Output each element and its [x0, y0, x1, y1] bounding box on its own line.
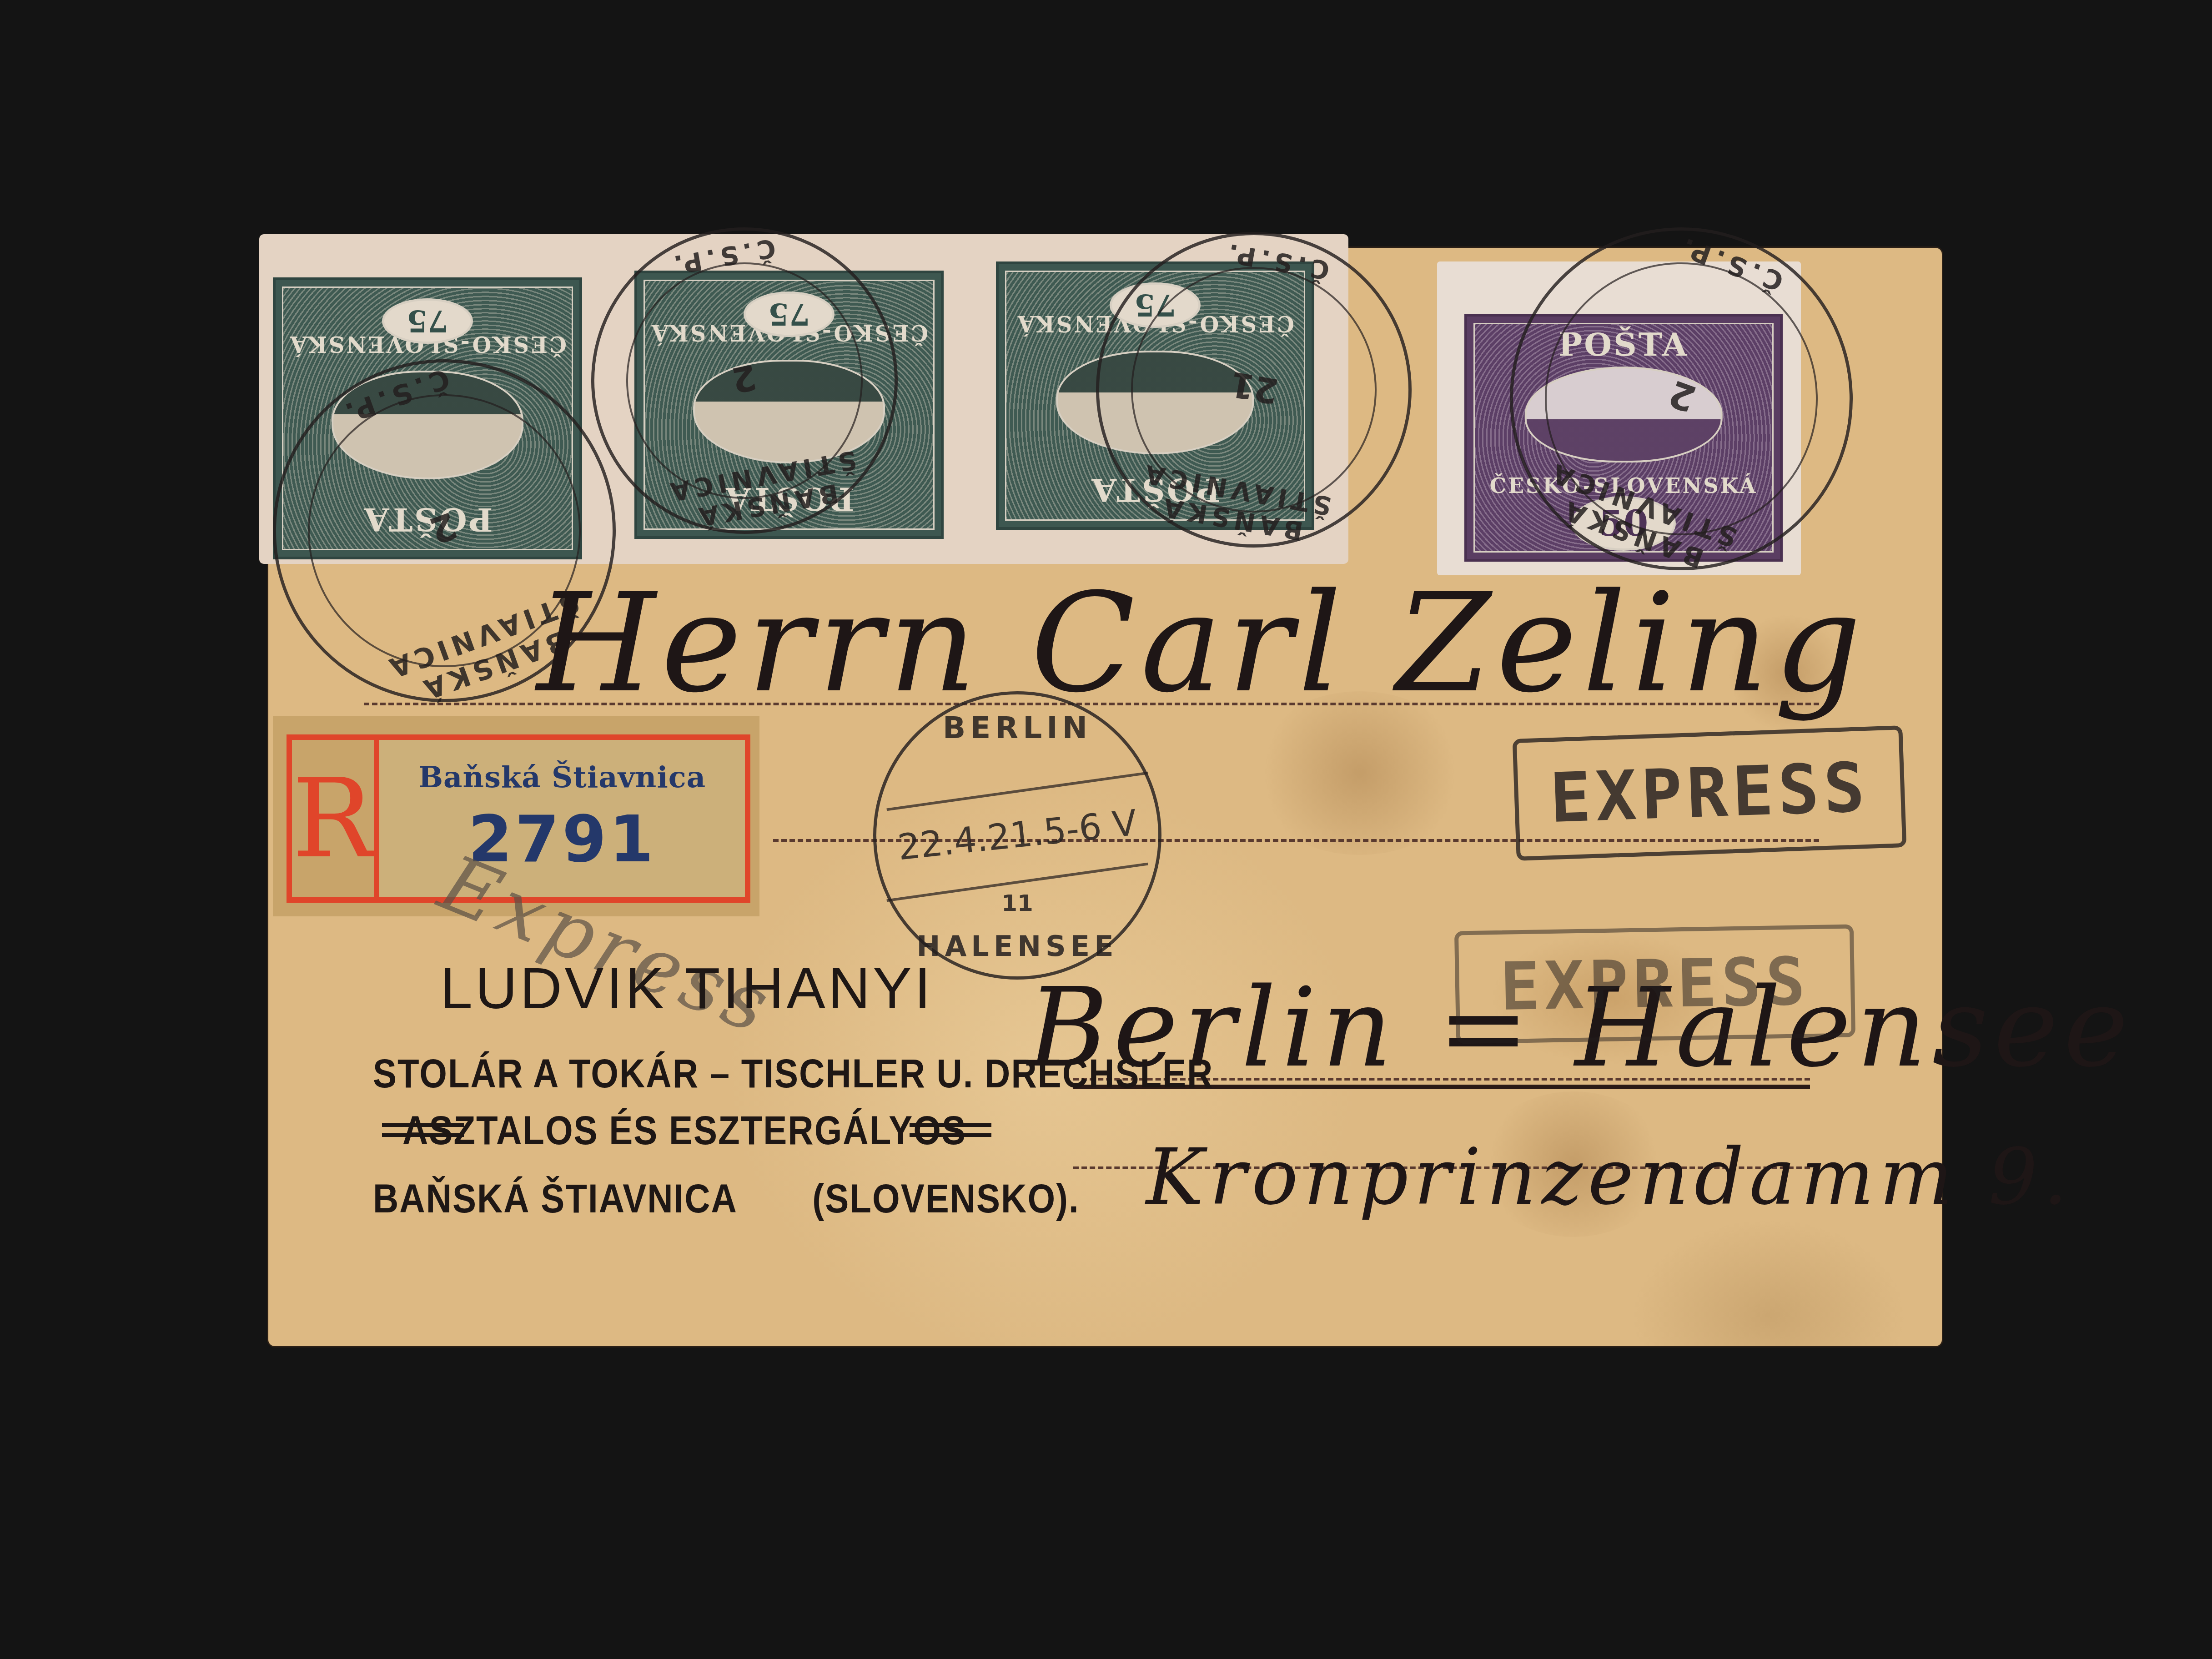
stamp-value: 75 — [382, 298, 473, 344]
postmark-date: 22.4.21.5-6 V — [875, 800, 1160, 870]
sender-trade-line-1: STOLÁR A TOKÁR – TISCHLER U. DRECHSLER — [373, 1050, 996, 1097]
sender-city-name: BAŇSKÁ ŠTIAVNICA — [373, 1175, 736, 1221]
decorative-rule-right — [910, 1123, 991, 1137]
address-line-1: Herrn Carl Zeling — [537, 564, 1867, 723]
registration-letter: R — [292, 740, 379, 897]
express-handstamp: EXPRESS — [1513, 725, 1907, 861]
sender-name: LUDVIK TIHANYI — [382, 955, 991, 1022]
postmark-city: BERLIN — [876, 710, 1158, 745]
sender-city: BAŇSKÁ ŠTIAVNICA (SLOVENSKO). — [373, 1175, 996, 1222]
express-handstamp: EXPRESS — [1454, 924, 1855, 1044]
address-line-3: Kronprinzendamm 9. — [1146, 1132, 2073, 1222]
sender-trade-line-2: ASZTALOS ÉS ESZTERGÁLYOS — [373, 1106, 996, 1154]
postmark-office-number: 11 — [876, 890, 1158, 916]
registration-office: Baňská Štiavnica — [418, 760, 706, 794]
sender-country: (SLOVENSKO). — [812, 1175, 1079, 1221]
arrival-postmark: BERLIN 22.4.21.5-6 V 11 HALENSEE — [873, 691, 1161, 980]
